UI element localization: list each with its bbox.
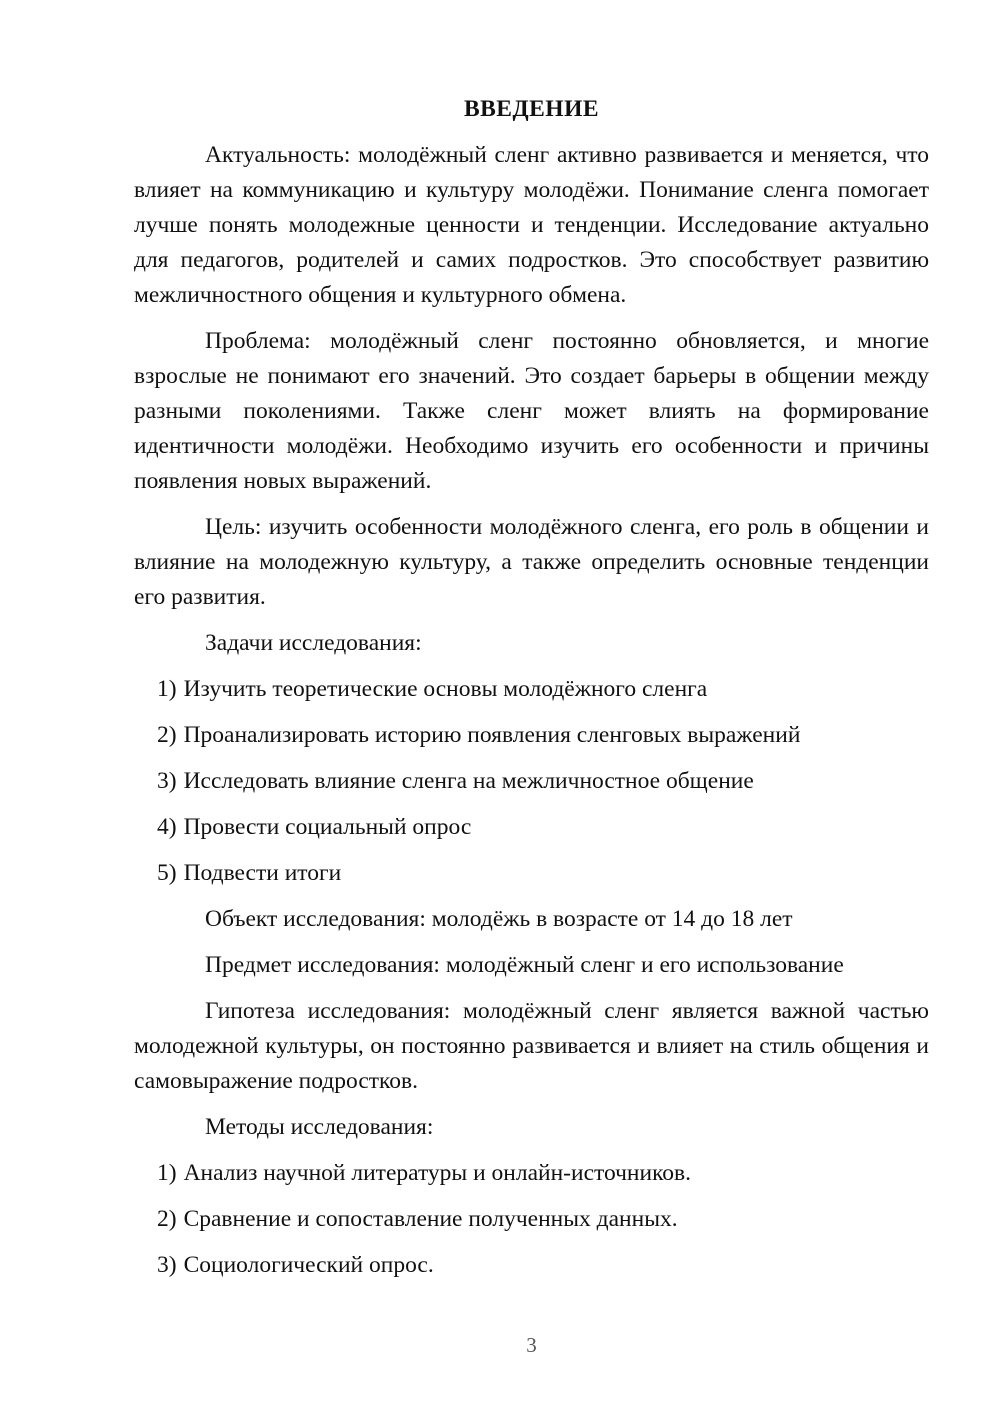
method-item-text: Анализ научной литературы и онлайн-источ… — [184, 1160, 691, 1186]
method-item: 3)Социологический опрос. — [134, 1248, 929, 1283]
task-item-text: Подвести итоги — [184, 860, 342, 886]
task-item: 1)Изучить теоретические основы молодёжно… — [134, 672, 929, 707]
method-item-marker: 3) — [157, 1252, 177, 1278]
task-item-text: Провести социальный опрос — [184, 814, 472, 840]
paragraph-goal: Цель: изучить особенности молодёжного сл… — [134, 510, 929, 615]
task-item-text: Изучить теоретические основы молодёжного… — [184, 676, 708, 702]
paragraph-problem: Проблема: молодёжный сленг постоянно обн… — [134, 324, 929, 499]
task-item: 2)Проанализировать историю появления сле… — [134, 718, 929, 753]
method-item: 2)Сравнение и сопоставление полученных д… — [134, 1202, 929, 1237]
task-item-marker: 5) — [157, 860, 177, 886]
document-body: ВВЕДЕНИЕ Актуальность: молодёжный сленг … — [134, 92, 929, 1294]
method-item-text: Социологический опрос. — [184, 1252, 434, 1278]
methods-heading: Методы исследования: — [134, 1110, 929, 1145]
paragraph-hypothesis: Гипотеза исследования: молодёжный сленг … — [134, 994, 929, 1099]
task-item-marker: 1) — [157, 676, 177, 702]
task-item-marker: 3) — [157, 768, 177, 794]
method-item: 1)Анализ научной литературы и онлайн-ист… — [134, 1156, 929, 1191]
task-item-text: Исследовать влияние сленга на межличност… — [184, 768, 754, 794]
paragraph-relevance: Актуальность: молодёжный сленг активно р… — [134, 138, 929, 313]
method-item-marker: 1) — [157, 1160, 177, 1186]
paragraph-subject: Предмет исследования: молодёжный сленг и… — [134, 948, 929, 983]
tasks-heading: Задачи исследования: — [134, 626, 929, 661]
paragraph-object: Объект исследования: молодёжь в возрасте… — [134, 902, 929, 937]
task-item: 4)Провести социальный опрос — [134, 810, 929, 845]
method-item-marker: 2) — [157, 1206, 177, 1232]
page-title: ВВЕДЕНИЕ — [134, 92, 929, 127]
task-item: 5)Подвести итоги — [134, 856, 929, 891]
method-item-text: Сравнение и сопоставление полученных дан… — [184, 1206, 678, 1232]
document-page: ВВЕДЕНИЕ Актуальность: молодёжный сленг … — [0, 0, 1000, 1414]
task-item-marker: 4) — [157, 814, 177, 840]
task-item-text: Проанализировать историю появления сленг… — [184, 722, 801, 748]
task-item-marker: 2) — [157, 722, 177, 748]
task-item: 3)Исследовать влияние сленга на межлично… — [134, 764, 929, 799]
page-number: 3 — [134, 1328, 929, 1363]
